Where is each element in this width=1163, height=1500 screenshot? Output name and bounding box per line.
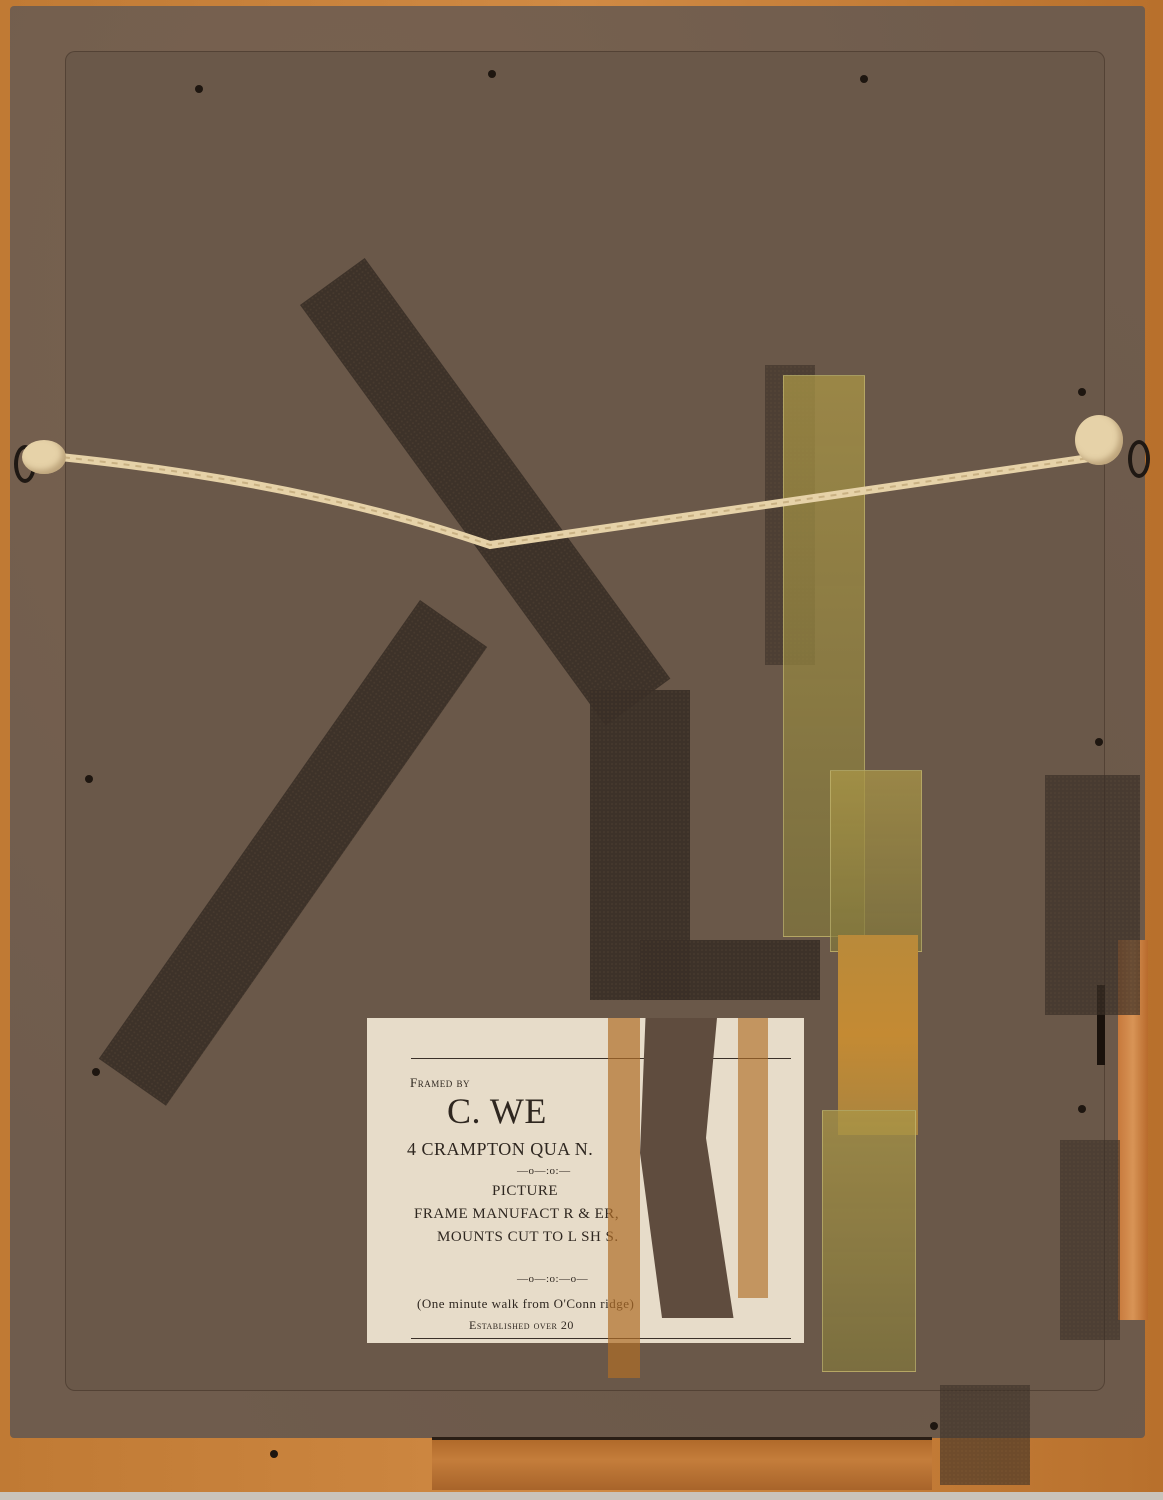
dark-tape-horizontal-foot — [640, 940, 820, 1000]
label-line-manufacturer: FRAME MANUFACT R & ER, — [414, 1206, 619, 1223]
nail — [930, 1422, 938, 1430]
label-line-established: Established over 20 — [469, 1318, 574, 1333]
label-line-picture: PICTURE — [492, 1183, 558, 1200]
nail — [92, 1068, 100, 1076]
nail — [1078, 1105, 1086, 1113]
label-line-directions: (One minute walk from O'Conn ridge) — [417, 1296, 634, 1312]
dark-tape-bottom — [940, 1385, 1030, 1485]
nail — [270, 1450, 278, 1458]
label-tape-stain-left — [608, 1018, 640, 1378]
label-maker-name: C. WE — [447, 1090, 547, 1132]
label-framed-by: Framed by — [410, 1075, 470, 1091]
label-ornament-bottom: —o—:o:—o— — [517, 1273, 588, 1285]
amber-tape-strip — [838, 935, 918, 1135]
nail — [85, 775, 93, 783]
label-address: 4 CRAMPTON QUA N. — [407, 1139, 593, 1160]
label-tape-stain-right — [738, 1018, 768, 1298]
label-bottom-rule — [411, 1338, 791, 1339]
exposed-frame-wood-bottom — [432, 1437, 932, 1490]
right-screw-eye-icon — [1128, 440, 1150, 478]
label-line-mounts: MOUNTS CUT TO L SH S. — [437, 1229, 619, 1246]
nail — [488, 70, 496, 78]
dark-tape-right-edge — [1045, 775, 1140, 1015]
nail — [860, 75, 868, 83]
label-ornament-top: —o—:o:— — [517, 1165, 571, 1177]
dark-tape-right-lower — [1060, 1140, 1120, 1340]
left-cord-knot — [22, 440, 66, 474]
nail — [195, 85, 203, 93]
clear-tape-strip-bottom — [822, 1110, 916, 1372]
label-top-rule — [411, 1058, 791, 1059]
nail — [1095, 738, 1103, 746]
right-cord-knot — [1075, 415, 1123, 465]
clear-tape-strip-lower — [830, 770, 922, 952]
nail — [1078, 388, 1086, 396]
